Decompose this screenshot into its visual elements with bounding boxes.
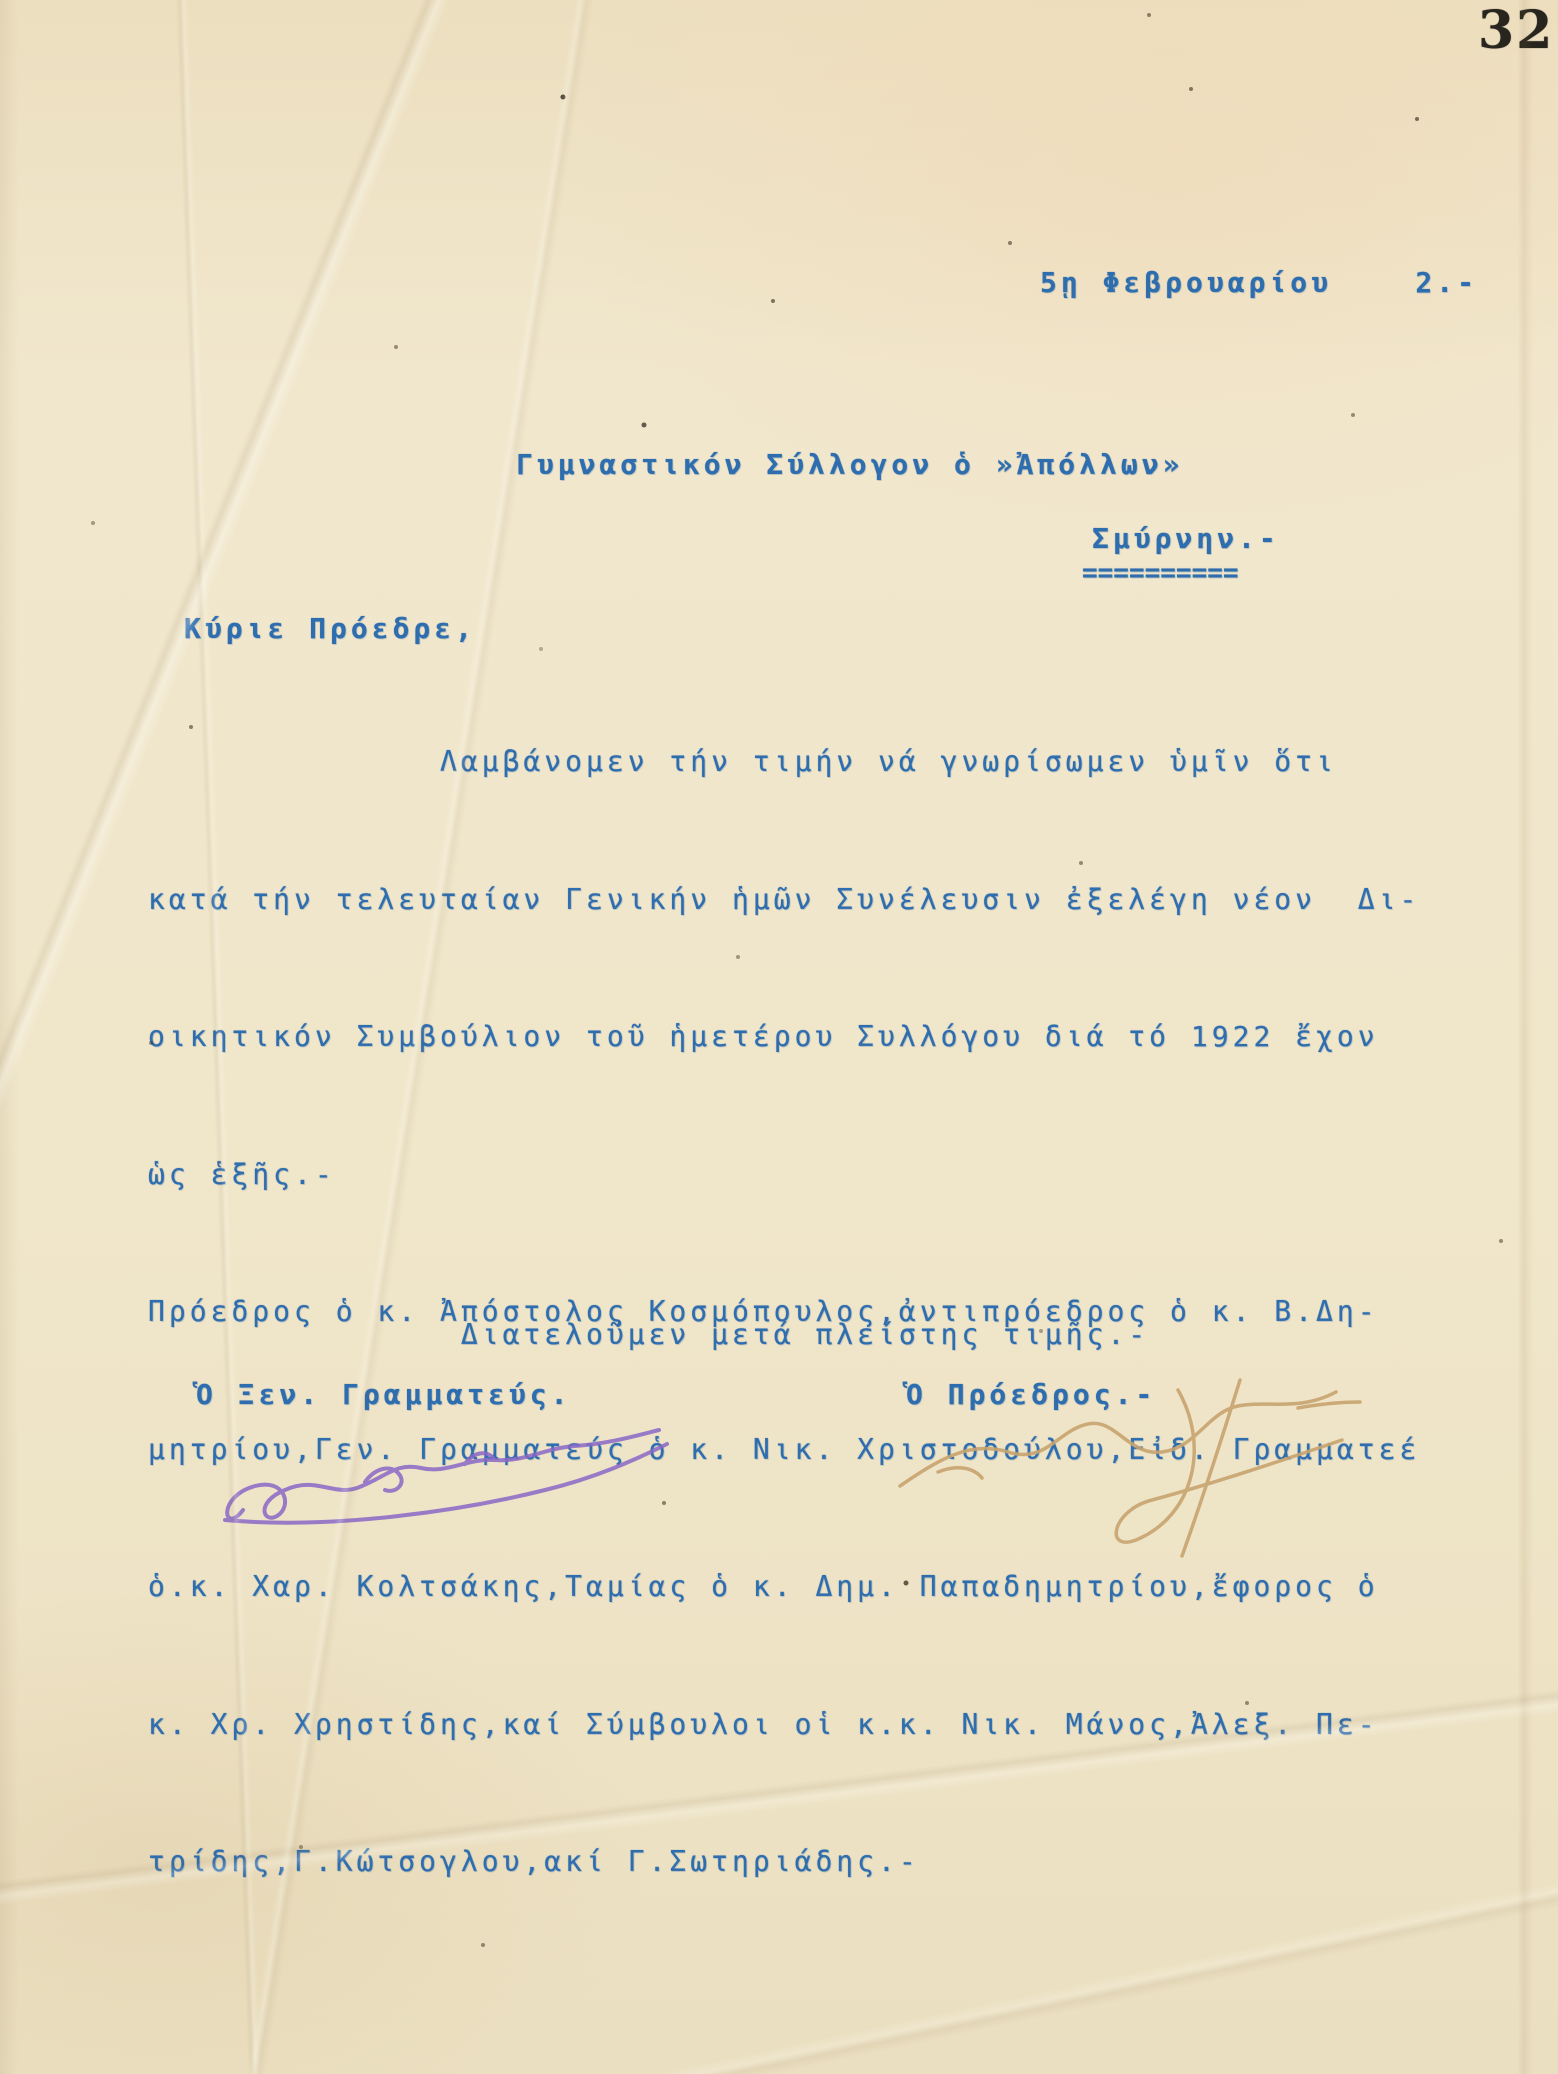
recipient-city: Σμύρνην.- [1092, 522, 1280, 555]
recipient-name: Γυμναστικόν Σύλλογον ὁ »Ἀπόλλων» [516, 448, 1183, 481]
body-line: κ. Χρ. Χρηστίδης,καί Σύμβουλοι οἱ κ.κ. Ν… [148, 1705, 1420, 1777]
body-line: Λαμβάνομεν τήν τιμήν νά γνωρίσωμεν ὑμῖν … [148, 742, 1420, 814]
body-line: ὁ.κ. Χαρ. Κολτσάκης,Ταμίας ὁ κ. Δημ. Παπ… [148, 1567, 1420, 1639]
body-line: μητρίου,Γεν. Γραμματεύς ὁ κ. Νικ. Χριστο… [148, 1430, 1420, 1502]
body-line: κατά τήν τελευταίαν Γενικήν ἡμῶν Συνέλευ… [148, 880, 1420, 952]
recipient-underline: ========== [1082, 558, 1239, 588]
body-line: τρίδης,Γ.Κώτσογλου,ακί Γ.Σωτηριάδης.- [148, 1842, 1420, 1914]
salutation: Κύριε Πρόεδρε, [184, 612, 476, 645]
letter-page: 32 5ῃ Φεβρουαρίου 2.- Γυμναστικόν Σύλλογ… [0, 0, 1558, 2074]
body-line: οικητικόν Συμβούλιον τοῦ ἡμετέρου Συλλόγ… [148, 1017, 1420, 1089]
paper-specks [0, 0, 2, 2]
closing-line: Διατελοῦμεν μετά πλείστης τιμῆς.- [148, 1318, 1149, 1351]
body-line: ὡς ἑξῆς.- [148, 1155, 1420, 1227]
president-title: Ὁ Πρόεδρος.- [906, 1378, 1156, 1411]
secretary-title: Ὁ Ξεν. Γραμματεύς. [196, 1378, 571, 1411]
page-number: 32 [1478, 0, 1554, 61]
date-line: 5ῃ Φεβρουαρίου 2.- [1040, 266, 1478, 299]
